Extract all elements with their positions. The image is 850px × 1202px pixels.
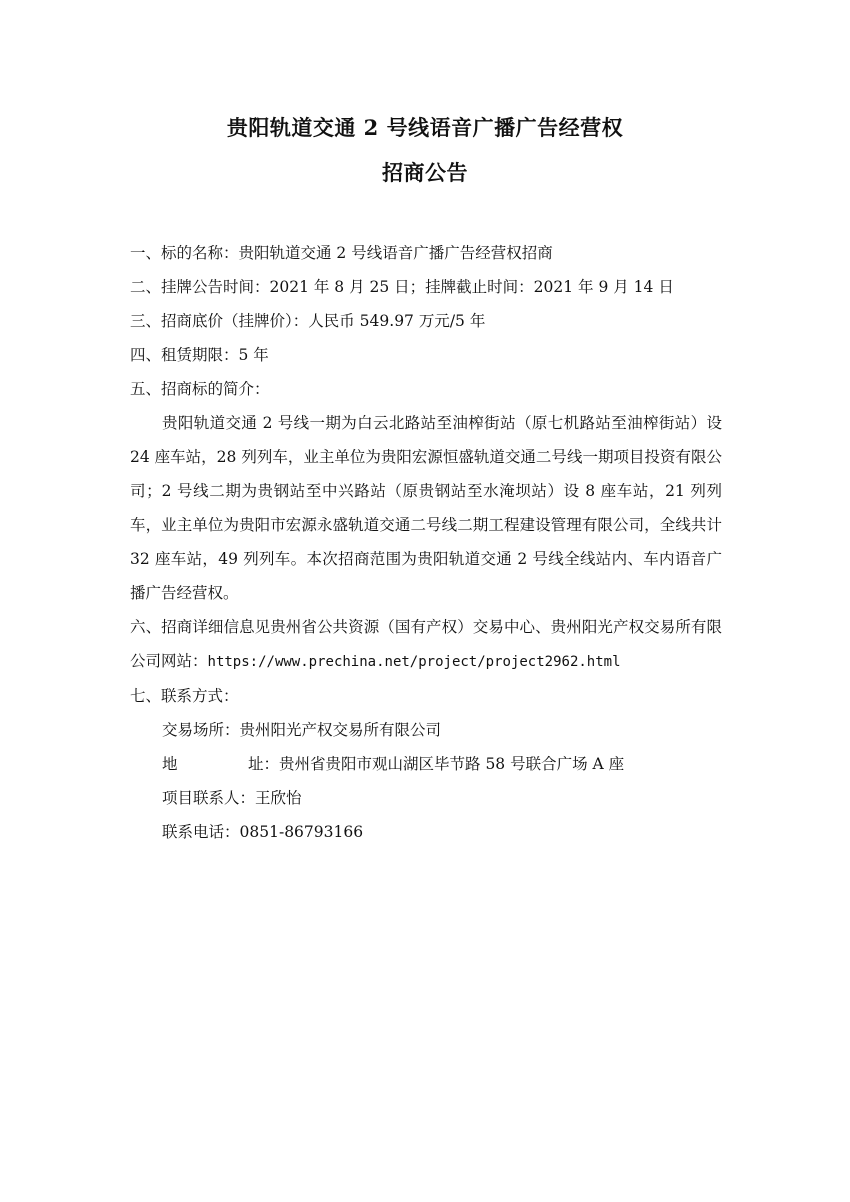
section-details-info: 六、招商详细信息见贵州省公共资源（国有产权）交易中心、贵州阳光产权交易所有限公司… [130, 610, 722, 679]
contact-address: 地址：贵州省贵阳市观山湖区毕节路 58 号联合广场 A 座 [130, 747, 722, 781]
section-lease-term: 四、租赁期限：5 年 [130, 338, 722, 372]
section-base-price: 三、招商底价（挂牌价）：人民币 549.97 万元/5 年 [130, 304, 722, 338]
document-title: 贵阳轨道交通 2 号线语音广播广告经营权 [0, 112, 850, 142]
contact-venue-value: 贵州阳光产权交易所有限公司 [240, 721, 442, 739]
section-intro-paragraph: 贵阳轨道交通 2 号线一期为白云北路站至油榨街站（原七机路站至油榨街站）设 24… [130, 406, 722, 610]
document-body: 一、标的名称：贵阳轨道交通 2 号线语音广播广告经营权招商 二、挂牌公告时间：2… [130, 236, 722, 849]
section-subject-name: 一、标的名称：贵阳轨道交通 2 号线语音广播广告经营权招商 [130, 236, 722, 270]
contact-address-label-start: 地 [162, 747, 248, 781]
contact-person-label: 项目联系人： [162, 789, 255, 807]
contact-phone-value: 0851-86793166 [240, 823, 364, 841]
document-subtitle: 招商公告 [0, 157, 850, 187]
contact-person: 项目联系人：王欣怡 [130, 781, 722, 815]
details-url-link[interactable]: https://www.prechina.net/project/project… [208, 654, 621, 670]
section-contact-heading: 七、联系方式： [130, 679, 722, 713]
section-intro-heading: 五、招商标的简介： [130, 372, 722, 406]
contact-venue-label: 交易场所： [162, 721, 240, 739]
contact-phone: 联系电话：0851-86793166 [130, 815, 722, 849]
contact-person-value: 王欣怡 [255, 789, 302, 807]
document-page: 贵阳轨道交通 2 号线语音广播广告经营权 招商公告 一、标的名称：贵阳轨道交通 … [0, 0, 850, 1202]
contact-phone-label: 联系电话： [162, 823, 240, 841]
contact-venue: 交易场所：贵州阳光产权交易所有限公司 [130, 713, 722, 747]
contact-address-label-end: 址： [248, 755, 279, 773]
contact-address-value: 贵州省贵阳市观山湖区毕节路 58 号联合广场 A 座 [279, 755, 624, 773]
section-listing-dates: 二、挂牌公告时间：2021 年 8 月 25 日；挂牌截止时间：2021 年 9… [130, 270, 722, 304]
